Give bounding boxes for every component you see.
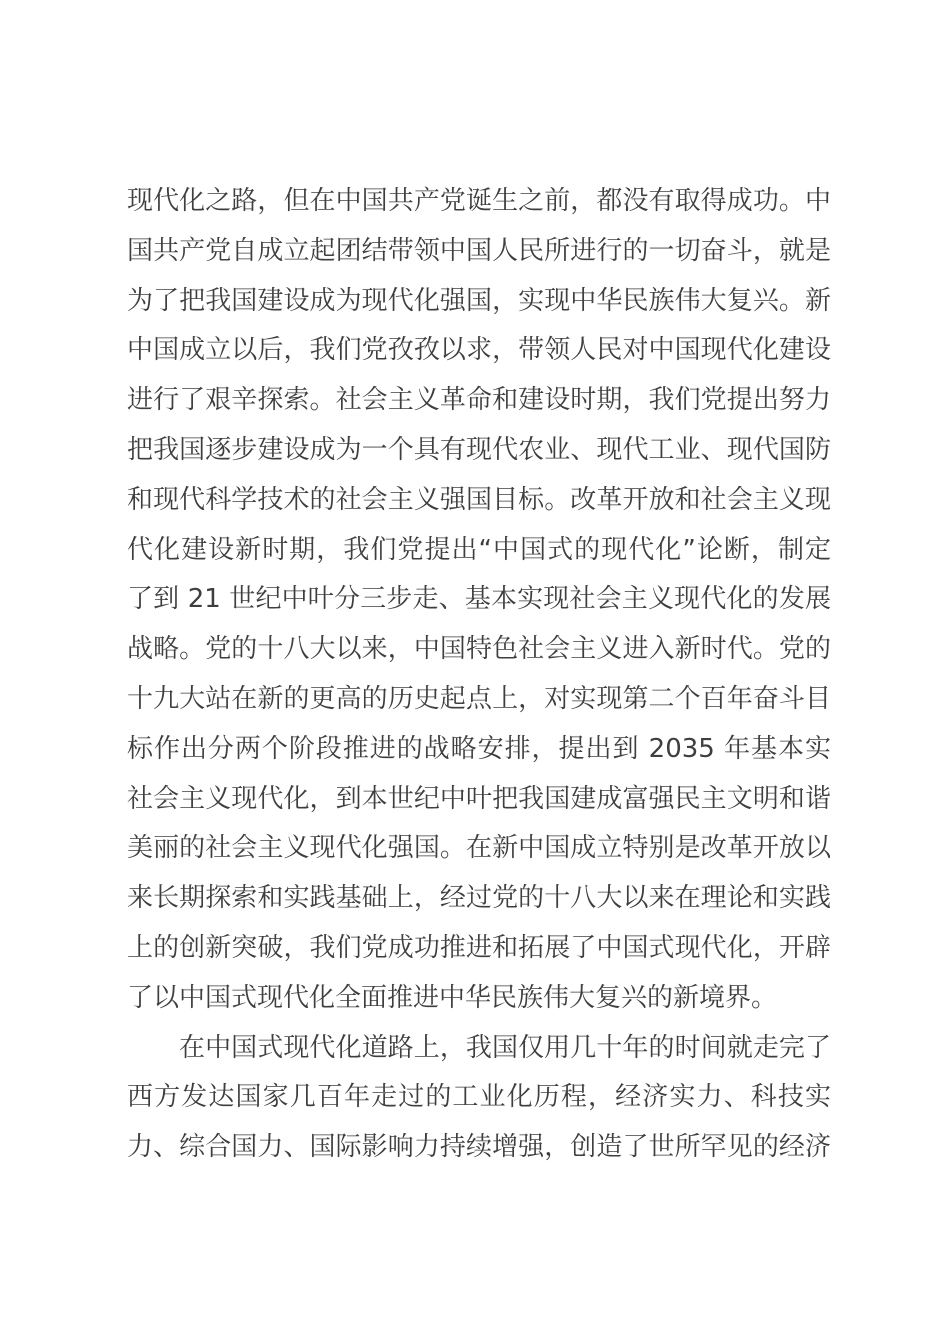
text-line: 标作出分两个阶段推进的战略安排，提出到 2035 年基本实现 <box>127 725 831 775</box>
text-line: 西方发达国家几百年走过的工业化历程，经济实力、科技实 <box>127 1073 831 1123</box>
text-line: 来长期探索和实践基础上，经过党的十八大以来在理论和实践 <box>127 874 831 924</box>
text-line-paragraph-end: 了以中国式现代化全面推进中华民族伟大复兴的新境界。 <box>127 974 831 1024</box>
text-line: 上的创新突破，我们党成功推进和拓展了中国式现代化，开辟 <box>127 924 831 974</box>
text-line: 十九大站在新的更高的历史起点上，对实现第二个百年奋斗目 <box>127 675 831 725</box>
text-line: 把我国逐步建设成为一个具有现代农业、现代工业、现代国防 <box>127 426 831 476</box>
text-line: 为了把我国建设成为现代化强国，实现中华民族伟大复兴。新 <box>127 277 831 327</box>
text-line: 代化建设新时期，我们党提出“中国式的现代化”论断，制定 <box>127 526 831 576</box>
text-line: 进行了艰辛探索。社会主义革命和建设时期，我们党提出努力 <box>127 376 831 426</box>
text-line: 社会主义现代化，到本世纪中叶把我国建成富强民主文明和谐 <box>127 775 831 825</box>
text-line: 美丽的社会主义现代化强国。在新中国成立特别是改革开放以 <box>127 824 831 874</box>
document-text-block: 现代化之路，但在中国共产党诞生之前，都没有取得成功。中 国共产党自成立起团结带领… <box>127 177 831 1173</box>
text-line: 了到 21 世纪中叶分三步走、基本实现社会主义现代化的发展 <box>127 575 831 625</box>
text-line: 力、综合国力、国际影响力持续增强，创造了世所罕见的经济 <box>127 1123 831 1173</box>
text-line: 国共产党自成立起团结带领中国人民所进行的一切奋斗，就是 <box>127 227 831 277</box>
text-line-paragraph-start: 在中国式现代化道路上，我国仅用几十年的时间就走完了 <box>127 1024 831 1074</box>
text-line: 和现代科学技术的社会主义强国目标。改革开放和社会主义现 <box>127 476 831 526</box>
text-line: 战略。党的十八大以来，中国特色社会主义进入新时代。党的 <box>127 625 831 675</box>
text-line: 现代化之路，但在中国共产党诞生之前，都没有取得成功。中 <box>127 177 831 227</box>
document-page: 现代化之路，但在中国共产党诞生之前，都没有取得成功。中 国共产党自成立起团结带领… <box>0 0 950 1344</box>
text-line: 中国成立以后，我们党孜孜以求，带领人民对中国现代化建设 <box>127 326 831 376</box>
